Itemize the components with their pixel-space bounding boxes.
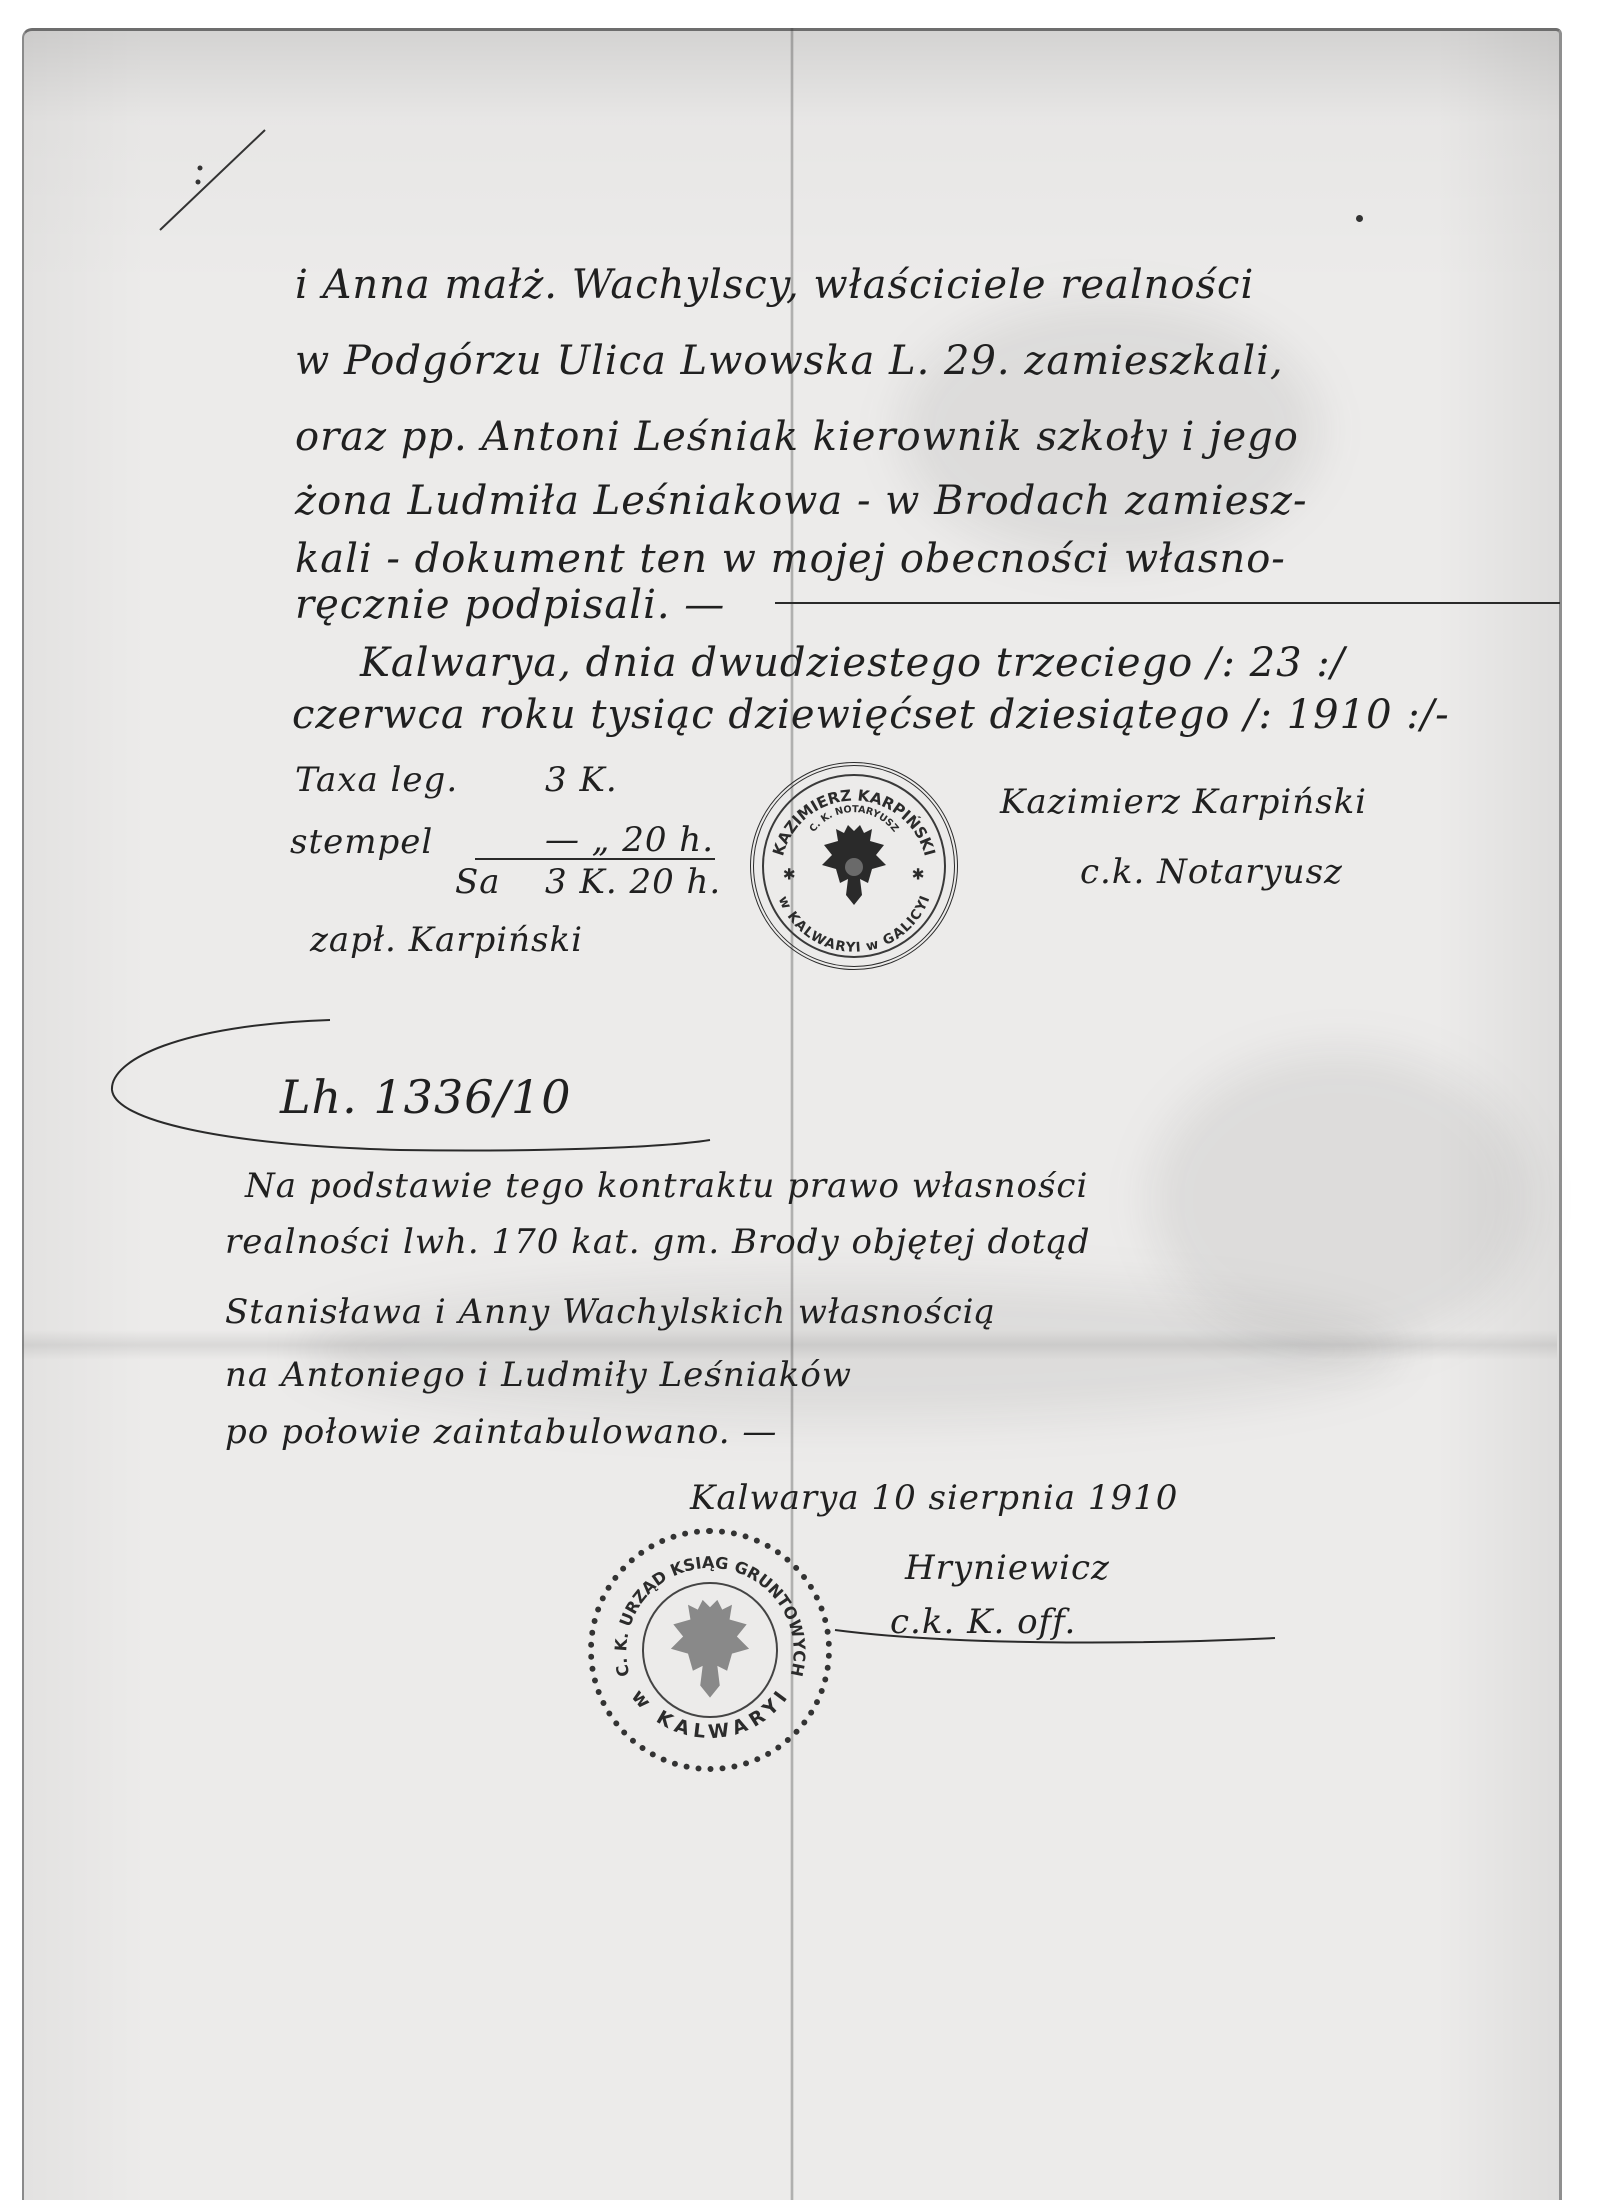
registry-signature-name: Hryniewicz: [905, 1548, 1110, 1588]
notary-stamp: KAZIMIERZ KARPIŃSKI C. K. NOTARYUSZ w KA…: [750, 762, 958, 970]
paragraph-2-line-3: Stanisława i Anny Wachylskich własnością: [225, 1292, 996, 1332]
notary-signature-title: c.k. Notaryusz: [1080, 852, 1343, 892]
line-filler-rule: [775, 602, 1560, 604]
land-registry-stamp: C. K. URZĄD KSIĄG GRUNTOWYCH w KALWARYI: [588, 1528, 832, 1772]
double-headed-eagle-icon: [655, 1595, 765, 1705]
svg-text:✱: ✱: [783, 865, 796, 883]
svg-text:✱: ✱: [912, 865, 925, 883]
dating-line-2: czerwca roku tysiąc dziewięćset dziesiąt…: [292, 692, 1450, 738]
signature-underline-flourish: [830, 1600, 1280, 1660]
paragraph-1-line-5: kali - dokument ten w mojej obecności wł…: [295, 536, 1286, 582]
paragraph-1-line-2: w Podgórzu Ulica Lwowska L. 29. zamieszk…: [295, 338, 1284, 384]
paragraph-2-line-2: realności lwh. 170 kat. gm. Brody objęte…: [225, 1222, 1090, 1262]
registry-number: Lh. 1336/10: [280, 1070, 572, 1124]
paragraph-2-line-4: na Antoniego i Ludmiły Leśniaków: [225, 1355, 852, 1395]
registry-dating: Kalwarya 10 sierpnia 1910: [690, 1478, 1178, 1518]
paragraph-2-line-5: po połowie zaintabulowano. —: [225, 1412, 777, 1452]
fee-stempel-label: stempel: [290, 822, 433, 862]
dating-line-1: Kalwarya, dnia dwudziestego trzeciego /:…: [360, 640, 1345, 686]
paragraph-1-line-4: żona Ludmiła Leśniakowa - w Brodach zami…: [295, 478, 1308, 524]
paragraph-1-line-6: ręcznie podpisali. —: [295, 582, 725, 628]
stain: [1150, 1050, 1530, 1350]
paragraph-1-line-3: oraz pp. Antoni Leśniak kierownik szkoły…: [295, 414, 1299, 460]
fee-sum-rule: [475, 858, 715, 860]
fee-taxa-label: Taxa leg.: [295, 760, 458, 800]
fee-total-label: Sa: [455, 862, 501, 902]
paragraph-2-line-1: Na podstawie tego kontraktu prawo własno…: [245, 1166, 1088, 1206]
paragraph-1-line-1: i Anna małż. Wachylscy, właściciele real…: [295, 262, 1254, 308]
fee-stempel-value: — „ 20 h.: [545, 820, 714, 860]
margin-slash-mark: [120, 120, 280, 240]
ink-dot: [1356, 215, 1363, 222]
double-headed-eagle-icon: [814, 821, 894, 911]
notary-signature-name: Kazimierz Karpiński: [1000, 782, 1367, 822]
fee-taxa-value: 3 K.: [545, 760, 618, 800]
fee-total-value: 3 K. 20 h.: [545, 862, 721, 902]
fee-paid-signature: zapł. Karpiński: [310, 920, 583, 960]
